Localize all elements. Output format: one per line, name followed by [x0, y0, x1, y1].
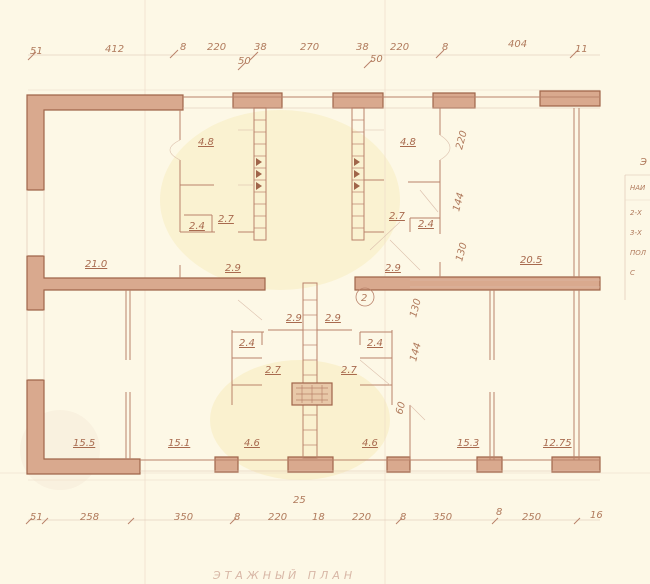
- floor-plan-sheet: 2 4.8 2.7 2.4 4.8 2.7 2.4 21.0 2.9 2.9 2…: [0, 0, 650, 584]
- svg-text:220: 220: [207, 42, 226, 53]
- svg-text:8: 8: [496, 507, 502, 518]
- svg-text:51: 51: [30, 512, 43, 523]
- svg-text:ПОЛ: ПОЛ: [630, 249, 647, 257]
- svg-text:2-Х: 2-Х: [630, 209, 642, 217]
- room-area-label: 2.7: [218, 214, 235, 225]
- svg-text:60: 60: [394, 401, 408, 416]
- svg-text:38: 38: [254, 42, 267, 53]
- bottom-dimension-labels: 51 258 350 8 220 25 18 220 8 350 8 250 1…: [26, 495, 603, 524]
- room-area-label: 2.7: [265, 365, 282, 376]
- svg-text:2: 2: [361, 293, 367, 304]
- svg-text:50: 50: [238, 56, 251, 67]
- svg-text:258: 258: [80, 512, 99, 523]
- room-area-label: 2.9: [325, 313, 341, 324]
- legend-table: Э НАИ 2-Х 3-Х ПОЛ С: [625, 157, 650, 300]
- room-area-label: 4.6: [244, 438, 260, 449]
- svg-text:НАИ: НАИ: [630, 184, 646, 192]
- top-dimension-labels: 51 412 8 220 38 50 270 38 50 220 8 404 1…: [28, 39, 588, 70]
- svg-text:270: 270: [300, 42, 319, 53]
- svg-text:412: 412: [105, 44, 124, 55]
- drawing-title: ЭТАЖНЫЙ ПЛАН: [212, 569, 356, 582]
- svg-text:8: 8: [180, 42, 186, 53]
- svg-text:250: 250: [522, 512, 541, 523]
- svg-text:220: 220: [454, 129, 470, 150]
- section-marker-2: 2: [356, 288, 374, 306]
- svg-text:404: 404: [508, 39, 527, 50]
- room-area-label: 21.0: [85, 259, 107, 270]
- room-area-label: 12.75: [543, 438, 572, 449]
- svg-text:350: 350: [433, 512, 452, 523]
- room-area-label: 15.3: [457, 438, 479, 449]
- svg-text:8: 8: [234, 512, 240, 523]
- svg-text:144: 144: [451, 191, 467, 212]
- svg-text:220: 220: [268, 512, 287, 523]
- svg-text:130: 130: [454, 241, 470, 262]
- svg-text:18: 18: [312, 512, 325, 523]
- room-area-label: 4.8: [198, 137, 214, 148]
- floor-plan-drawing: 2 4.8 2.7 2.4 4.8 2.7 2.4 21.0 2.9 2.9 2…: [0, 0, 650, 584]
- svg-text:144: 144: [408, 341, 424, 362]
- room-area-label: 2.9: [225, 263, 241, 274]
- svg-text:220: 220: [390, 42, 409, 53]
- svg-text:8: 8: [400, 512, 406, 523]
- svg-text:16: 16: [590, 510, 603, 521]
- room-area-label: 4.8: [400, 137, 416, 148]
- svg-text:38: 38: [356, 42, 369, 53]
- svg-text:220: 220: [352, 512, 371, 523]
- room-area-label: 20.5: [520, 255, 542, 266]
- svg-text:3-Х: 3-Х: [630, 229, 642, 237]
- room-area-label: 2.4: [367, 338, 383, 349]
- svg-text:25: 25: [293, 495, 306, 506]
- room-area-label: 2.4: [418, 219, 434, 230]
- room-area-label: 2.9: [385, 263, 401, 274]
- room-area-label: 4.6: [362, 438, 378, 449]
- svg-text:50: 50: [370, 54, 383, 65]
- svg-text:350: 350: [174, 512, 193, 523]
- room-area-label: 2.7: [389, 211, 406, 222]
- svg-text:130: 130: [408, 297, 424, 318]
- room-area-label: 15.1: [168, 438, 190, 449]
- svg-text:51: 51: [30, 46, 43, 57]
- room-area-label: 2.4: [189, 221, 205, 232]
- svg-text:С: С: [630, 269, 635, 277]
- side-dimension-labels: 220 144 130 130 144 60: [394, 129, 470, 415]
- room-area-label: 15.5: [73, 438, 95, 449]
- svg-text:Э: Э: [639, 157, 647, 168]
- room-area-label: 2.4: [239, 338, 255, 349]
- room-area-label: 2.9: [286, 313, 302, 324]
- room-area-label: 2.7: [341, 365, 358, 376]
- svg-text:11: 11: [575, 44, 588, 55]
